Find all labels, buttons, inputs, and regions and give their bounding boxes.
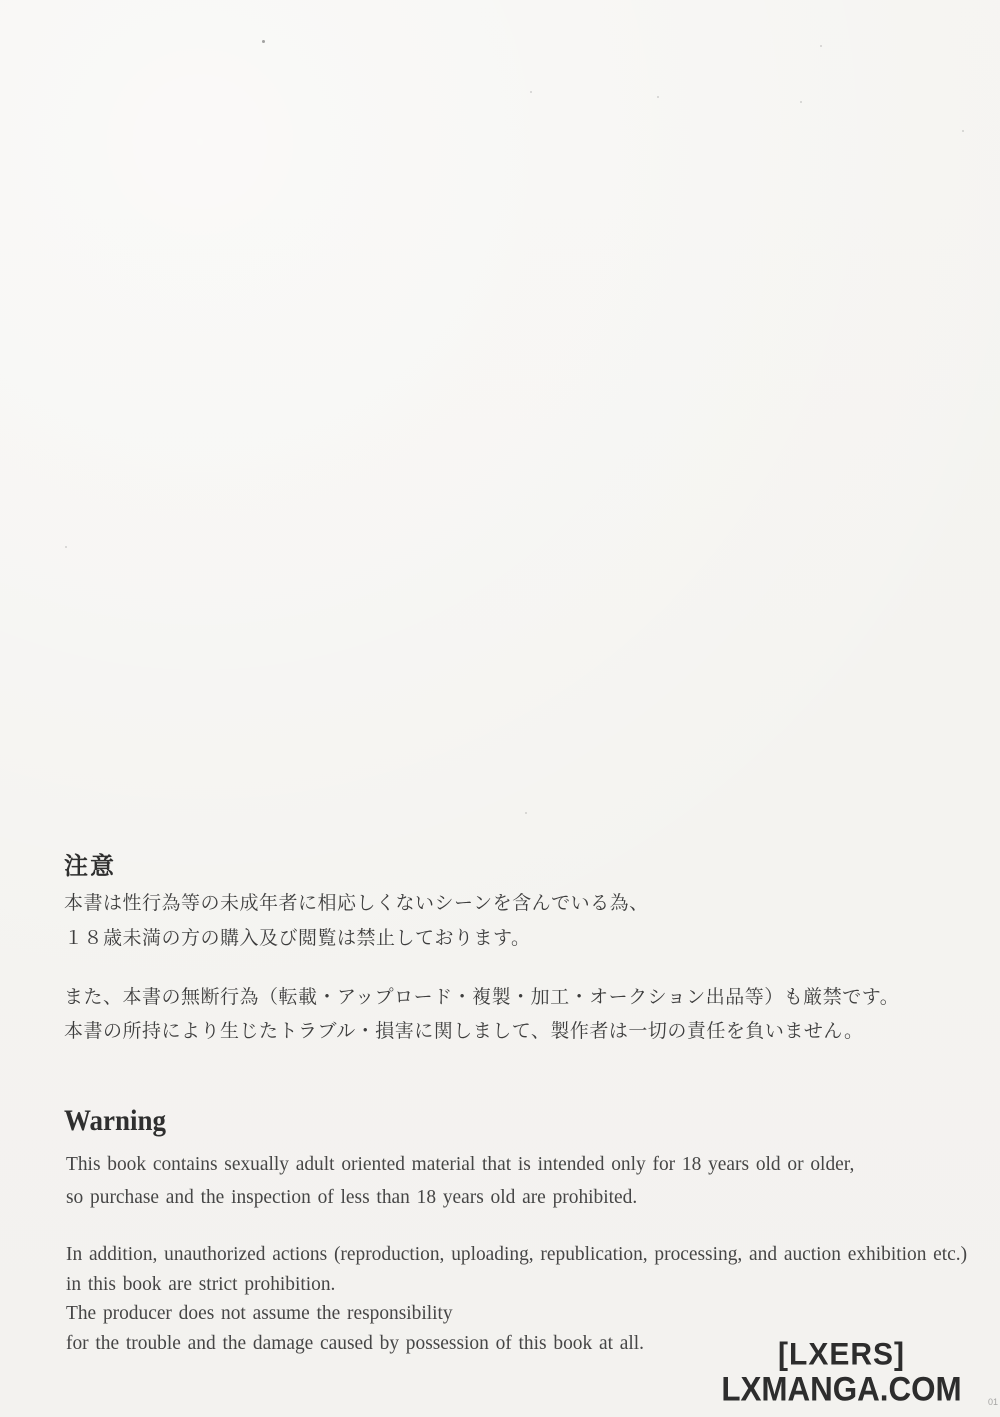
site-watermark: [LXERS] LXMANGA.COM	[715, 1340, 968, 1405]
scan-speck	[657, 96, 659, 98]
page-number-mark: 01	[988, 1397, 998, 1407]
scan-speck	[262, 40, 265, 43]
watermark-group-name: [LXERS]	[715, 1339, 968, 1371]
scanned-page: 注意 本書は性行為等の未成年者に相応しくないシーンを含んでいる為、 １８歳未満の…	[0, 0, 1000, 1417]
scan-speck	[820, 45, 822, 47]
warning-paragraph-1-en: This book contains sexually adult orient…	[66, 1148, 854, 1214]
watermark-site-url: LXMANGA.COM	[721, 1371, 961, 1406]
scan-speck	[530, 91, 532, 93]
scan-speck	[65, 546, 67, 548]
notice-paragraph-2-jp: また、本書の無断行為（転載・アップロード・複製・加工・オークション出品等）も厳禁…	[64, 981, 899, 1049]
scan-speck	[800, 101, 802, 103]
warning-heading-en: Warning	[64, 1104, 166, 1138]
scan-speck	[525, 812, 527, 814]
notice-paragraph-1-jp: 本書は性行為等の未成年者に相応しくないシーンを含んでいる為、 １８歳未満の方の購…	[64, 886, 649, 956]
scan-speck	[962, 130, 964, 132]
notice-heading-jp: 注意	[64, 846, 116, 881]
